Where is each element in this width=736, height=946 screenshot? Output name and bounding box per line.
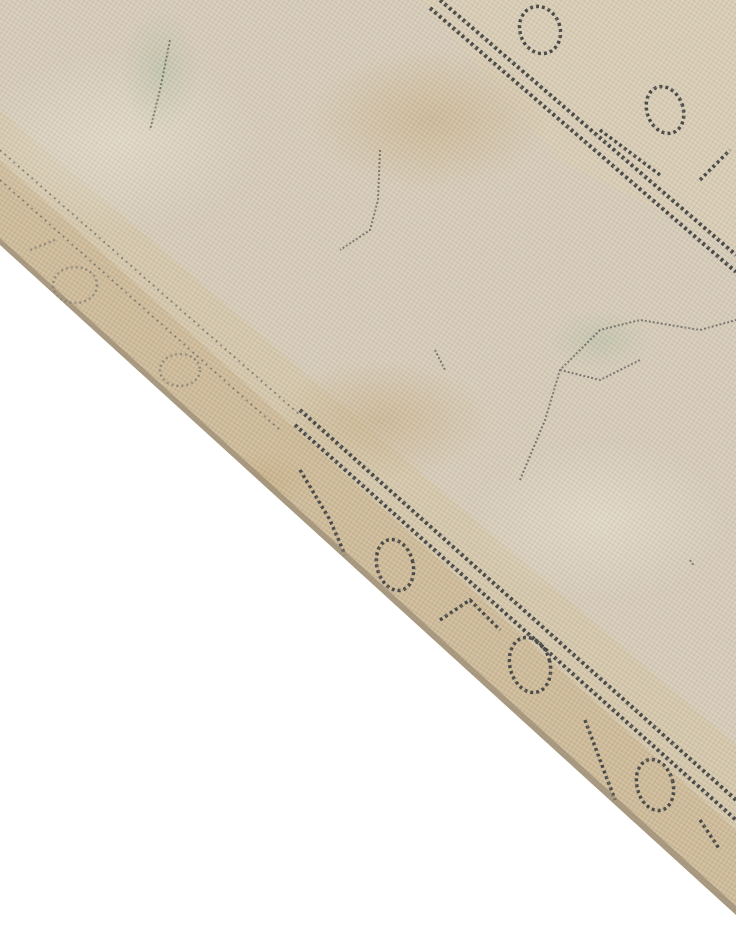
rug-photo <box>0 0 736 946</box>
rug-illustration <box>0 0 736 946</box>
